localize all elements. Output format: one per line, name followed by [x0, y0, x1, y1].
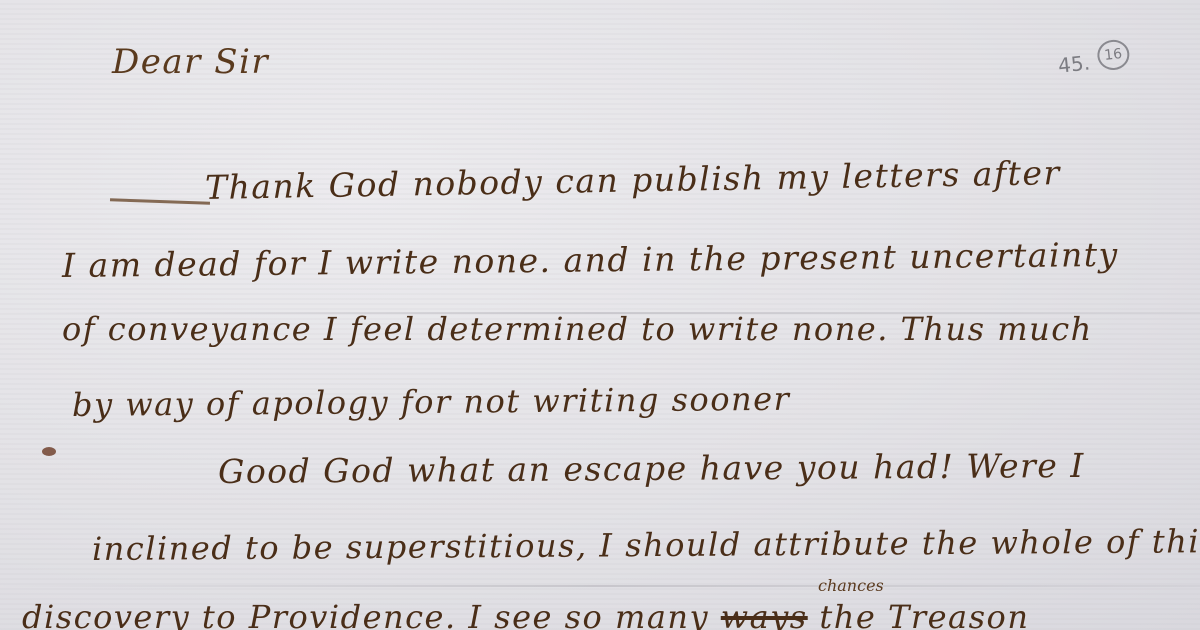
letter-line-4: by way of apology for not writing sooner: [72, 380, 791, 424]
letter-line-5: Good God what an escape have you had! We…: [218, 446, 1085, 491]
letter-line-6: inclined to be superstitious, I should a…: [92, 522, 1200, 568]
archival-annotation: 45.16: [1057, 46, 1131, 77]
archival-number: 45.: [1057, 50, 1091, 77]
interlinear-insertion: chances: [818, 576, 884, 595]
letter-line-2: I am dead for I write none. and in the p…: [62, 235, 1119, 285]
letter-page: Dear Sir 45.16 Thank God nobody can publ…: [0, 0, 1200, 630]
ink-blot: [42, 447, 56, 456]
salutation: Dear Sir: [112, 42, 269, 82]
letter-line-7: discovery to Providence. I see so many w…: [22, 598, 1029, 630]
struck-word: ways: [721, 598, 808, 630]
circled-folio-number: 16: [1096, 38, 1131, 71]
letter-line-3: of conveyance I feel determined to write…: [62, 310, 1093, 348]
letter-line-7-tail: the Treason: [819, 598, 1029, 630]
paragraph-dash: [110, 198, 210, 204]
letter-line-1: Thank God nobody can publish my letters …: [205, 153, 1061, 207]
letter-line-7-text: discovery to Providence. I see so many: [22, 598, 709, 630]
paper-fold-line: [0, 585, 1200, 587]
